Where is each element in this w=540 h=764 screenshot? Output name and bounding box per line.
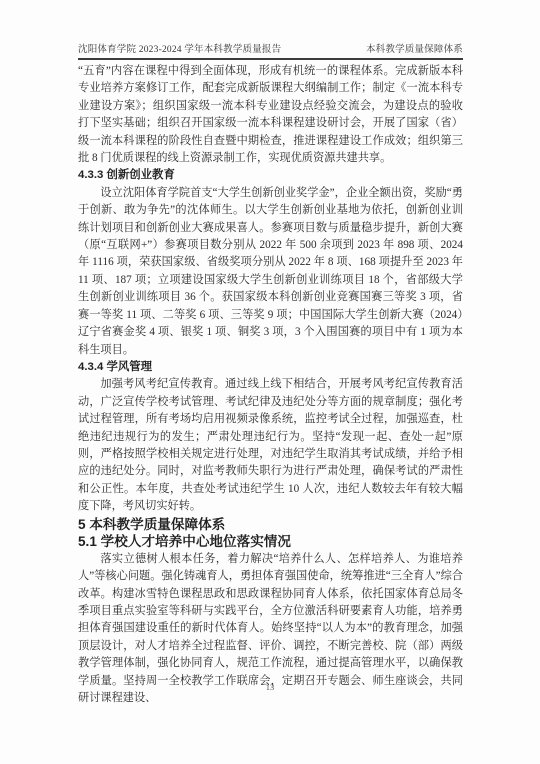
page-number: 13 [0, 682, 540, 692]
heading-5-1-talent-cultivation-status: 5.1 学校人才培养中心地位落实情况 [78, 533, 463, 551]
heading-4-3-4-study-style-management: 4.3.4 学风管理 [78, 359, 463, 376]
paragraph-exam-discipline: 加强考风考纪宣传教育。通过线上线下相结合，开展考风考纪宣传教育活动，广泛宣传学校… [78, 376, 463, 515]
paragraph-curriculum-system: “五育”内容在课程中得到全面体现，形成有机统一的课程体系。完成新版本科专业培养方… [78, 63, 463, 167]
heading-4-3-3-innovation-entrepreneurship-education: 4.3.3 创新创业教育 [78, 167, 463, 184]
header-left-title: 沈阳体育学院 2023-2024 学年本科教学质量报告 [78, 41, 281, 55]
heading-5-quality-assurance-system: 5 本科教学质量保障体系 [78, 516, 463, 534]
document-body: “五育”内容在课程中得到全面体现，形成有机统一的课程体系。完成新版本科专业培养方… [78, 63, 463, 707]
header-right-section: 本科教学质量保障体系 [366, 41, 463, 55]
paragraph-innovation-entrepreneurship: 设立沈阳体育学院首支“大学生创新创业奖学金”，企业全额出资，奖励“勇于创新、敢为… [78, 185, 463, 359]
document-page: 沈阳体育学院 2023-2024 学年本科教学质量报告 本科教学质量保障体系 “… [0, 0, 540, 764]
header-rule [78, 58, 463, 60]
page-header: 沈阳体育学院 2023-2024 学年本科教学质量报告 本科教学质量保障体系 [78, 41, 463, 55]
